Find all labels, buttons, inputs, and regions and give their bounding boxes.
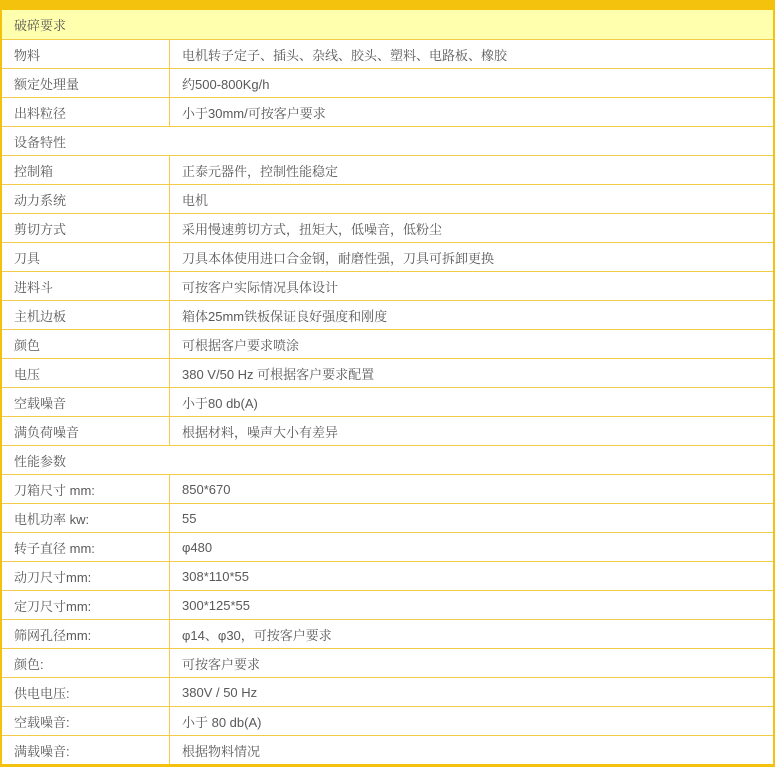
table-row: 刀箱尺寸 mm:850*670 xyxy=(2,474,773,503)
table-row: 满负荷噪音根据材料，噪声大小有差异 xyxy=(2,416,773,445)
table-row: 控制箱正泰元器件，控制性能稳定 xyxy=(2,155,773,184)
row-label-cell: 满载噪音: xyxy=(2,736,170,764)
row-value-cell: 380 V/50 Hz 可根据客户要求配置 xyxy=(170,359,773,387)
row-value-cell: 小于30mm/可按客户要求 xyxy=(170,98,773,126)
row-label-cell: 进料斗 xyxy=(2,272,170,300)
table-row: 进料斗可按客户实际情况具体设计 xyxy=(2,271,773,300)
table-top-accent-bar xyxy=(2,0,773,10)
row-value-cell: 308*110*55 xyxy=(170,562,773,590)
row-value-cell: 采用慢速剪切方式，扭矩大，低噪音，低粉尘 xyxy=(170,214,773,242)
table-row: 筛网孔径mm:φ14、φ30，可按客户要求 xyxy=(2,619,773,648)
row-value-cell: 根据材料，噪声大小有差异 xyxy=(170,417,773,445)
row-value-cell: 55 xyxy=(170,504,773,532)
row-label-cell: 出料粒径 xyxy=(2,98,170,126)
row-label-cell: 转子直径 mm: xyxy=(2,533,170,561)
row-value-cell: 可根据客户要求喷涂 xyxy=(170,330,773,358)
table-row: 空载噪音:小于 80 db(A) xyxy=(2,706,773,735)
table-row: 主机边板箱体25mm铁板保证良好强度和刚度 xyxy=(2,300,773,329)
row-label-cell: 空载噪音 xyxy=(2,388,170,416)
table-row: 动力系统电机 xyxy=(2,184,773,213)
row-value-cell: φ480 xyxy=(170,533,773,561)
table-row: 电机功率 kw:55 xyxy=(2,503,773,532)
row-label-cell: 物料 xyxy=(2,40,170,68)
table-row: 出料粒径小于30mm/可按客户要求 xyxy=(2,97,773,126)
table-row: 满载噪音:根据物料情况 xyxy=(2,735,773,764)
row-value-cell: 箱体25mm铁板保证良好强度和刚度 xyxy=(170,301,773,329)
table-row: 电压380 V/50 Hz 可根据客户要求配置 xyxy=(2,358,773,387)
row-value-cell: 850*670 xyxy=(170,475,773,503)
row-label-cell: 主机边板 xyxy=(2,301,170,329)
row-value-cell: φ14、φ30，可按客户要求 xyxy=(170,620,773,648)
table-row: 颜色可根据客户要求喷涂 xyxy=(2,329,773,358)
row-label-cell: 定刀尺寸mm: xyxy=(2,591,170,619)
row-value-cell: 电机转子定子、插头、杂线、胶头、塑料、电路板、橡胶 xyxy=(170,40,773,68)
section-title: 破碎要求 xyxy=(14,15,66,34)
row-label-cell: 颜色: xyxy=(2,649,170,677)
row-label-cell: 刀箱尺寸 mm: xyxy=(2,475,170,503)
table-row: 空载噪音小于80 db(A) xyxy=(2,387,773,416)
section-title: 设备特性 xyxy=(14,132,66,151)
row-label-cell: 颜色 xyxy=(2,330,170,358)
row-value-cell: 刀具本体使用进口合金钢，耐磨性强，刀具可拆卸更换 xyxy=(170,243,773,271)
section-title: 性能参数 xyxy=(14,451,66,470)
row-value-cell: 小于 80 db(A) xyxy=(170,707,773,735)
table-row: 刀具刀具本体使用进口合金钢，耐磨性强，刀具可拆卸更换 xyxy=(2,242,773,271)
row-label-cell: 电机功率 kw: xyxy=(2,504,170,532)
row-value-cell: 300*125*55 xyxy=(170,591,773,619)
section-header-row: 破碎要求 xyxy=(2,10,773,39)
table-row: 颜色:可按客户要求 xyxy=(2,648,773,677)
table-row: 转子直径 mm:φ480 xyxy=(2,532,773,561)
row-label-cell: 满负荷噪音 xyxy=(2,417,170,445)
product-spec-table: 破碎要求物料电机转子定子、插头、杂线、胶头、塑料、电路板、橡胶额定处理量约500… xyxy=(0,0,775,767)
row-label-cell: 供电电压: xyxy=(2,678,170,706)
row-value-cell: 约500-800Kg/h xyxy=(170,69,773,97)
table-row: 剪切方式采用慢速剪切方式，扭矩大，低噪音，低粉尘 xyxy=(2,213,773,242)
section-header-row: 设备特性 xyxy=(2,126,773,155)
row-value-cell: 小于80 db(A) xyxy=(170,388,773,416)
row-label-cell: 动力系统 xyxy=(2,185,170,213)
row-value-cell: 根据物料情况 xyxy=(170,736,773,764)
row-value-cell: 电机 xyxy=(170,185,773,213)
row-value-cell: 可按客户实际情况具体设计 xyxy=(170,272,773,300)
spec-table-rows: 破碎要求物料电机转子定子、插头、杂线、胶头、塑料、电路板、橡胶额定处理量约500… xyxy=(2,10,773,764)
table-row: 供电电压:380V / 50 Hz xyxy=(2,677,773,706)
row-value-cell: 380V / 50 Hz xyxy=(170,678,773,706)
row-label-cell: 筛网孔径mm: xyxy=(2,620,170,648)
table-row: 动刀尺寸mm:308*110*55 xyxy=(2,561,773,590)
row-label-cell: 剪切方式 xyxy=(2,214,170,242)
row-value-cell: 正泰元器件，控制性能稳定 xyxy=(170,156,773,184)
row-value-cell: 可按客户要求 xyxy=(170,649,773,677)
row-label-cell: 额定处理量 xyxy=(2,69,170,97)
table-row: 定刀尺寸mm:300*125*55 xyxy=(2,590,773,619)
table-row: 物料电机转子定子、插头、杂线、胶头、塑料、电路板、橡胶 xyxy=(2,39,773,68)
row-label-cell: 刀具 xyxy=(2,243,170,271)
row-label-cell: 电压 xyxy=(2,359,170,387)
row-label-cell: 控制箱 xyxy=(2,156,170,184)
table-row: 额定处理量约500-800Kg/h xyxy=(2,68,773,97)
row-label-cell: 空载噪音: xyxy=(2,707,170,735)
section-header-row: 性能参数 xyxy=(2,445,773,474)
row-label-cell: 动刀尺寸mm: xyxy=(2,562,170,590)
